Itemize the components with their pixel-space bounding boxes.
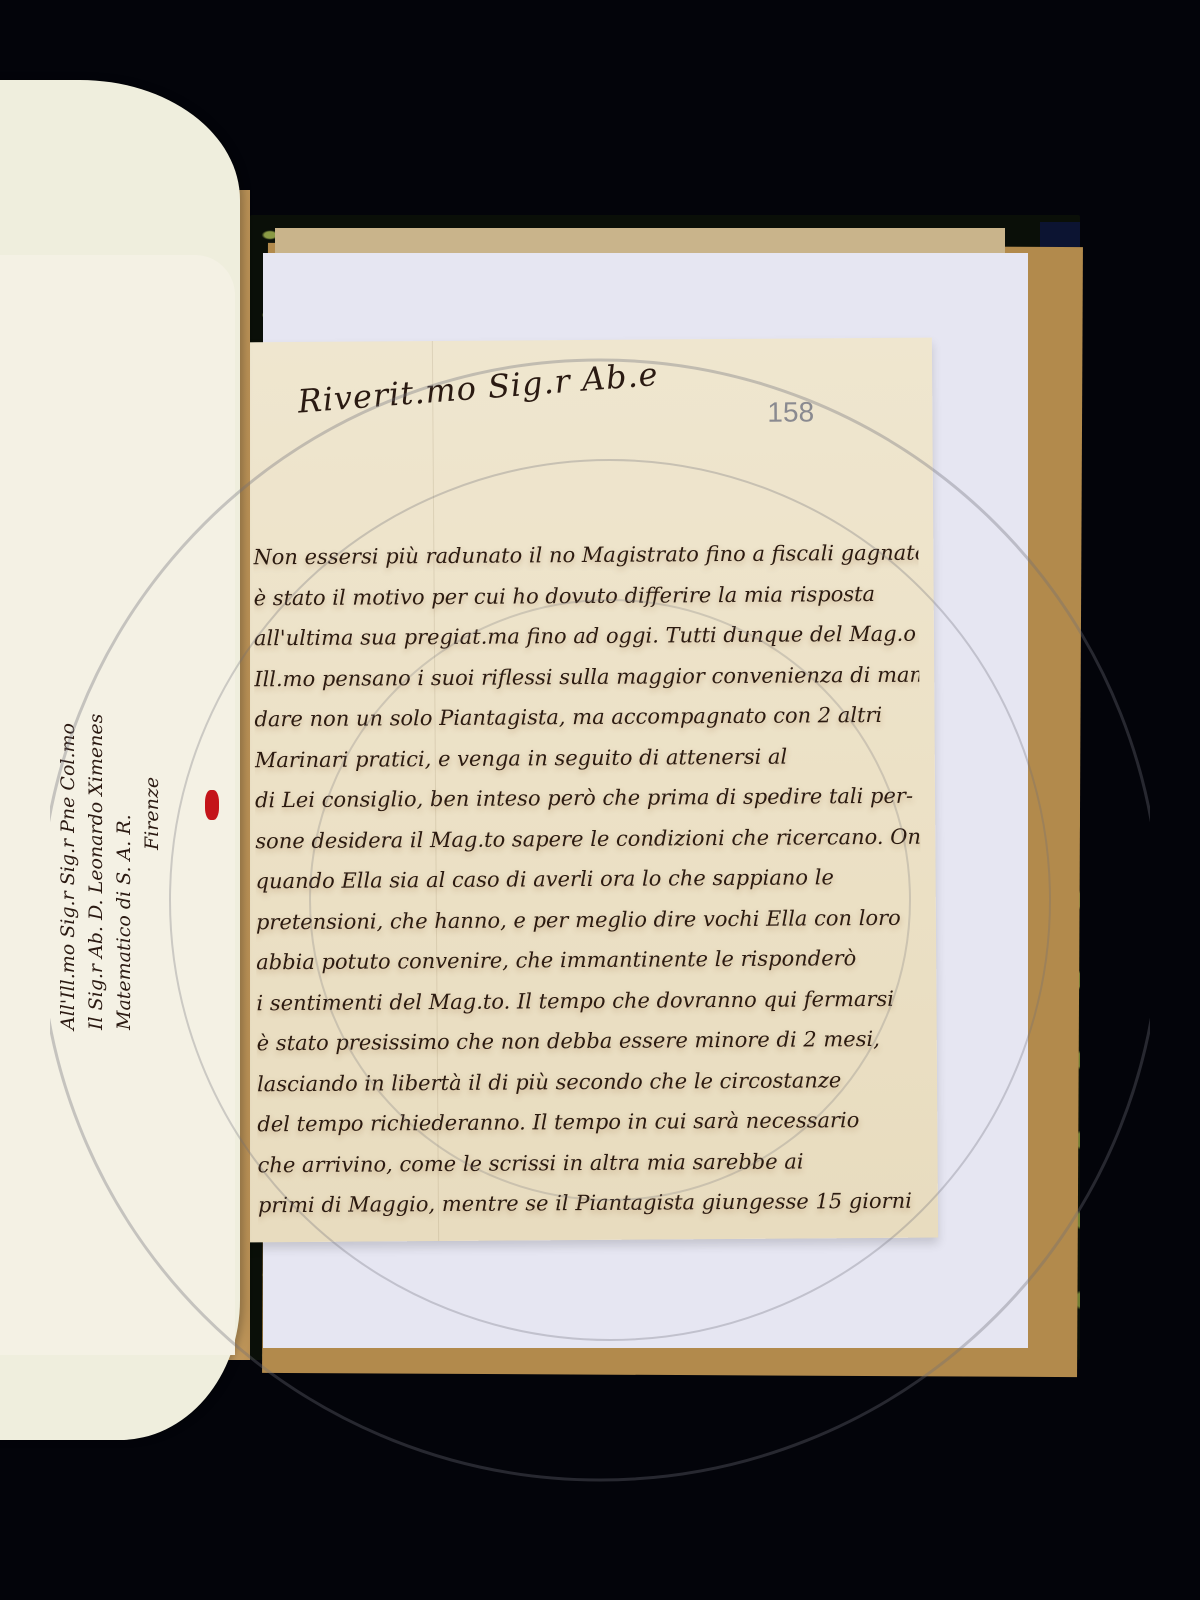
body-line: pretensioni, che hanno, e per meglio dir… xyxy=(256,897,921,942)
letter-sheet: Riverit.mo Sig.r Ab.e 158 Non essersi pi… xyxy=(232,338,938,1243)
body-line: i sentimenti del Mag.to. Il tempo che do… xyxy=(256,978,921,1023)
wax-seal xyxy=(205,790,219,820)
address-line: Il Sig.r Ab. D. Leonardo Ximenes xyxy=(82,610,110,1030)
address-text: All'Ill.mo Sig.r Sig.r Pne Col.mo Il Sig… xyxy=(54,610,166,1030)
body-line: primi di Maggio, mentre se il Piantagist… xyxy=(258,1181,923,1226)
body-line: all'ultima sua pregiat.ma fino ad oggi. … xyxy=(254,614,919,659)
body-line: Ill.mo pensano i suoi riflessi sulla mag… xyxy=(254,654,919,699)
body-line: lasciando in libertà il di più secondo c… xyxy=(257,1059,922,1104)
body-line: è stato presissimo che non debba essere … xyxy=(257,1019,922,1064)
body-line: del tempo richiederanno. Il tempo in cui… xyxy=(257,1100,922,1145)
body-line: dare non un solo Piantagista, ma accompa… xyxy=(254,695,919,740)
address-line: Matematico di S. A. R. xyxy=(110,610,138,1030)
body-line: che arrivino, come le scrissi in altra m… xyxy=(257,1140,922,1185)
body-line: Non essersi più radunato il no Magistrat… xyxy=(253,533,918,578)
body-line: di Lei consiglio, ben inteso però che pr… xyxy=(255,776,920,821)
body-line: sone desidera il Mag.to sapere le condiz… xyxy=(255,816,920,861)
body-line: abbia potuto convenire, che immantinente… xyxy=(256,938,921,983)
body-line: è stato il motivo per cui ho dovuto diff… xyxy=(254,573,919,618)
body-line: Marinari pratici, e venga in seguito di … xyxy=(255,735,920,780)
address-line: All'Ill.mo Sig.r Sig.r Pne Col.mo xyxy=(54,610,82,1030)
body-line: quando Ella sia al caso di averli ora lo… xyxy=(255,857,920,902)
folio-number: 158 xyxy=(767,396,814,428)
letter-body: Non essersi più radunato il no Magistrat… xyxy=(253,533,923,1226)
address-line: Firenze xyxy=(138,610,166,1030)
salutation: Riverit.mo Sig.r Ab.e xyxy=(296,355,660,421)
address-block: All'Ill.mo Sig.r Sig.r Pne Col.mo Il Sig… xyxy=(0,600,240,1040)
